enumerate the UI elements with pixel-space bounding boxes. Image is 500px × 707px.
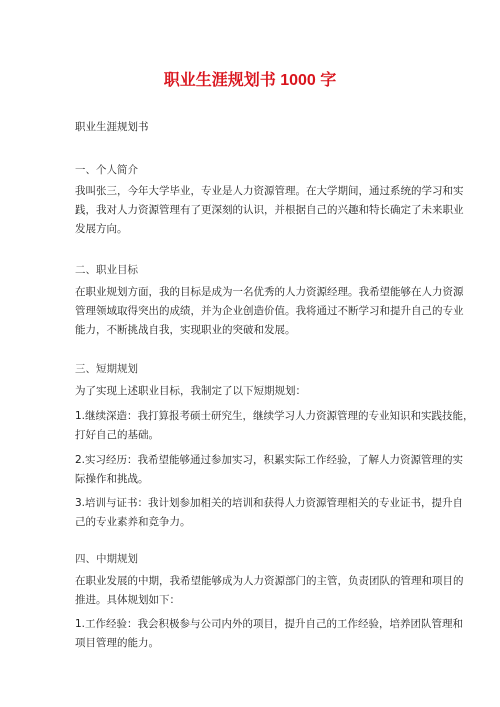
document-page: 职业生涯规划书 1000 字 职业生涯规划书 一、个人简介 我叫张三，今年大学毕… — [0, 0, 500, 707]
paragraph-line: 践，我对人力资源管理有了更深刻的认识，并根据自己的兴趣和特长确定了未来职业 — [75, 201, 437, 220]
paragraph-line: 3.培训与证书：我计划参加相关的培训和获得人力资源管理相关的专业证书，提升自 — [75, 494, 437, 513]
plan-item-further-study: 1.继续深造：我打算报考硕士研究生，继续学习人力资源管理的专业知识和实践技能， … — [75, 407, 437, 445]
paragraph-line: 为了实现上述职业目标，我制定了以下短期规划： — [75, 382, 437, 401]
paragraph-line: 推进。具体规划如下： — [75, 591, 437, 610]
paragraph-line: 我叫张三，今年大学毕业，专业是人力资源管理。在大学期间，通过系统的学习和实 — [75, 182, 437, 201]
plan-item-internship: 2.实习经历：我希望能够通过参加实习，积累实际工作经验，了解人力资源管理的实 际… — [75, 451, 437, 489]
section-heading-personal-intro: 一、个人简介 — [75, 163, 435, 177]
paragraph-line: 在职业发展的中期，我希望能够成为人力资源部门的主管，负责团队的管理和项目的 — [75, 572, 437, 591]
section-heading-mid-term-plan: 四、中期规划 — [75, 552, 435, 566]
paragraph-line: 己的专业素养和竞争力。 — [75, 513, 437, 532]
section-heading-career-goal: 二、职业目标 — [75, 263, 435, 277]
paragraph-line: 际操作和挑战。 — [75, 470, 437, 489]
paragraph-line: 在职业规划方面，我的目标是成为一名优秀的人力资源经理。我希望能够在人力资源 — [75, 283, 437, 302]
paragraph-line: 1.继续深造：我打算报考硕士研究生，继续学习人力资源管理的专业知识和实践技能， — [75, 407, 437, 426]
paragraph-line: 管理领域取得突出的成绩，并为企业创造价值。我将通过不断学习和提升自己的专业 — [75, 302, 437, 321]
paragraph-line: 能力，不断挑战自我，实现职业的突破和发展。 — [75, 321, 437, 340]
paragraph-line: 打好自己的基础。 — [75, 426, 437, 445]
plan-item-training-certificates: 3.培训与证书：我计划参加相关的培训和获得人力资源管理相关的专业证书，提升自 己… — [75, 494, 437, 532]
section-paragraph: 为了实现上述职业目标，我制定了以下短期规划： — [75, 382, 437, 401]
paragraph-line: 2.实习经历：我希望能够通过参加实习，积累实际工作经验，了解人力资源管理的实 — [75, 451, 437, 470]
plan-item-work-experience: 1.工作经验：我会积极参与公司内外的项目，提升自己的工作经验，培养团队管理和 项… — [75, 615, 437, 653]
document-subtitle: 职业生涯规划书 — [75, 120, 435, 134]
section-paragraph: 在职业规划方面，我的目标是成为一名优秀的人力资源经理。我希望能够在人力资源 管理… — [75, 283, 437, 340]
section-paragraph: 我叫张三，今年大学毕业，专业是人力资源管理。在大学期间，通过系统的学习和实 践，… — [75, 182, 437, 239]
section-heading-short-term-plan: 三、短期规划 — [75, 362, 435, 376]
document-title: 职业生涯规划书 1000 字 — [0, 70, 500, 92]
paragraph-line: 发展方向。 — [75, 220, 437, 239]
paragraph-line: 1.工作经验：我会积极参与公司内外的项目，提升自己的工作经验，培养团队管理和 — [75, 615, 437, 634]
section-paragraph: 在职业发展的中期，我希望能够成为人力资源部门的主管，负责团队的管理和项目的 推进… — [75, 572, 437, 610]
paragraph-line: 项目管理的能力。 — [75, 634, 437, 653]
